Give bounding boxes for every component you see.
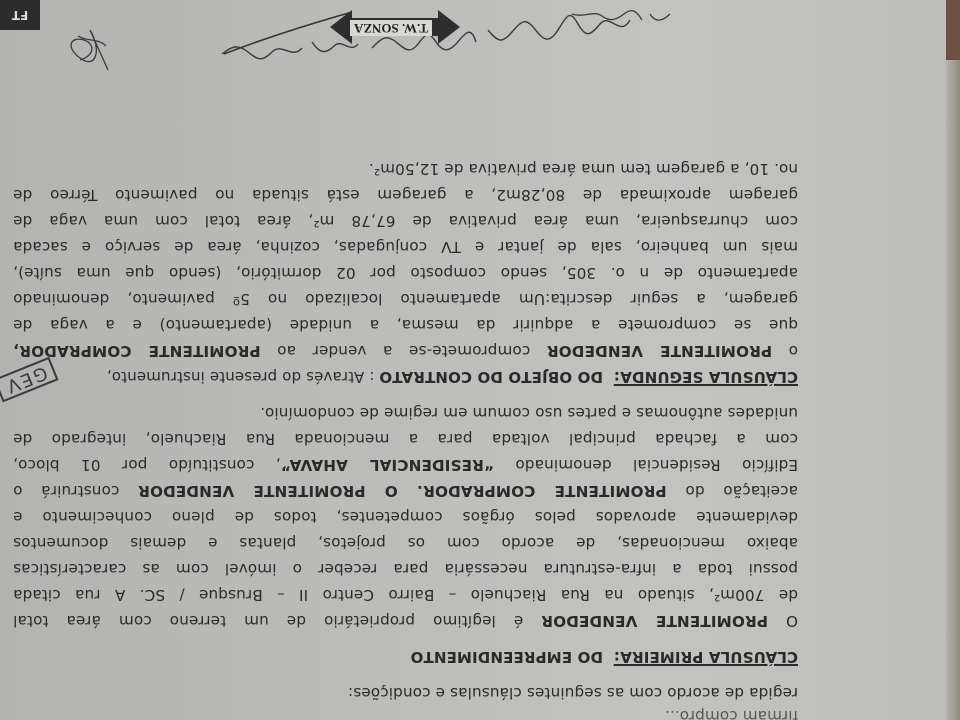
clause2-body: o PROMITENTE VENDEDOR compromete-se a ve… <box>13 156 798 364</box>
partial-top-line: firmam compro... <box>13 706 798 720</box>
text-line: com churrasqueira, uma área privativa de… <box>13 208 798 234</box>
text-line: unidades autônomas e partes uso comum em… <box>13 400 798 426</box>
text-line: o PROMITENTE VENDEDOR compromete-se a ve… <box>13 338 798 364</box>
clause1-label: CLÁUSULA PRIMEIRA: <box>614 648 798 666</box>
text-line: de 700m², situado na Rua Riachuelo – Bai… <box>13 582 798 608</box>
bold-term: PROMITENTE VENDEDOR <box>541 612 768 630</box>
text-line: apartamento de n o. 305, sendo composto … <box>13 260 798 286</box>
text-line: aceitação do PROMITENTE COMPRADOR. O PRO… <box>13 478 798 504</box>
text-line: garagem, a seguir descrita:Um apartament… <box>13 286 798 312</box>
clause1-title: DO EMPREENDIMENTO <box>410 648 602 666</box>
tw-sonza-label: T.W. SONZA <box>350 20 432 36</box>
table-surface <box>946 0 960 60</box>
clause1-body: O PROMITENTE VENDEDOR é legítimo proprie… <box>13 400 798 634</box>
text-line: possui toda a infra-estrutura necessária… <box>13 556 798 582</box>
intro-line: regida de acordo com as seguintes cláusu… <box>13 680 798 706</box>
contract-page: firmam compro... regida de acordo com as… <box>0 0 960 720</box>
bold-term: PROMITENTE VENDEDOR <box>547 342 772 360</box>
corner-stamp: FT <box>0 0 40 30</box>
text-line: mais um banheiro, sala de jantar e TV co… <box>13 234 798 260</box>
bold-term: PROMITENTE COMPRADOR. O PROMITENTE VENDE… <box>138 482 667 500</box>
clause1-heading: CLÁUSULA PRIMEIRA: DO EMPREENDIMENTO <box>13 644 798 670</box>
text-line: garagem aproximada de 80,28m2, a garagem… <box>13 182 798 208</box>
text-line: O PROMITENTE VENDEDOR é legítimo proprie… <box>13 608 798 634</box>
bold-term: PROMITENTE COMPRADOR, <box>13 342 261 360</box>
text-line: com a fachada principal voltada para a m… <box>13 426 798 452</box>
contract-text: firmam compro... regida de acordo com as… <box>13 156 798 720</box>
clause2-heading: CLÁUSULA SEGUNDA: DO OBJETO DO CONTRATO … <box>13 364 798 390</box>
paper-edge <box>946 0 960 720</box>
text-line: devidamente aprovados pelos órgãos compe… <box>13 504 798 530</box>
text-line: que se compromete a adquirir da mesma, a… <box>13 312 798 338</box>
text-line: no. 10, a garagem tem uma área privativa… <box>13 156 798 182</box>
clause2-title: DO OBJETO DO CONTRATO <box>379 368 603 386</box>
bold-term: “RESIDENCIAL AHAVA” <box>281 456 494 474</box>
text-line: abaixo mencionadas, de acordo com os pro… <box>13 530 798 556</box>
document-photo: firmam compro... regida de acordo com as… <box>0 0 960 720</box>
clause2-title-suffix: : Através do presente instrumento, <box>107 368 379 386</box>
tw-sonza-stamp: T.W. SONZA <box>330 10 460 44</box>
text-line: Edifício Residencial denominado “RESIDEN… <box>13 452 798 478</box>
clause2-label: CLÁUSULA SEGUNDA: <box>614 368 798 386</box>
